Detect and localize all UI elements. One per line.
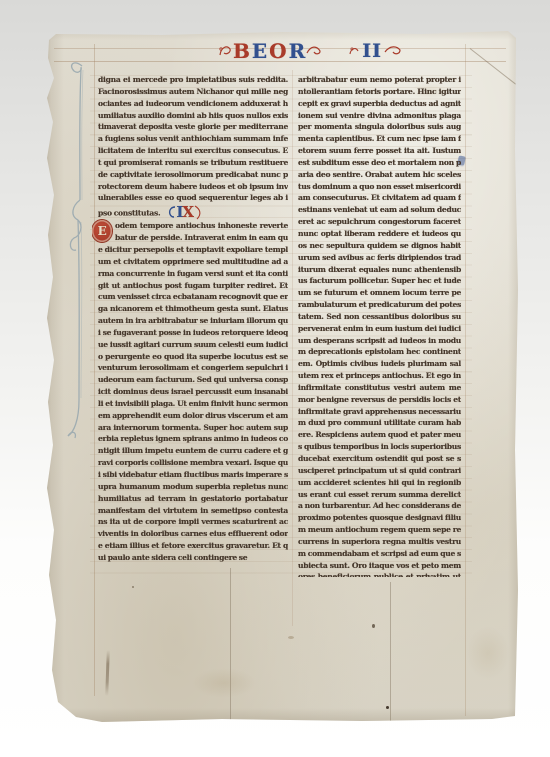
header-letter: O [269, 38, 286, 64]
initial-letter: E [98, 225, 107, 237]
chapter-numeral-x: X [182, 205, 193, 219]
stain-scratch [105, 650, 110, 696]
stain-spot [288, 636, 294, 639]
header-letter: B [233, 38, 250, 64]
body-text: odem tempore antiochus inhoneste reverte… [98, 221, 288, 562]
body-text: digna ei mercede pro impietatibus suis r… [98, 75, 288, 218]
paragraph: arbitrabatur eum nemo poterat propter in… [298, 74, 461, 577]
chapter-numeral: IX [167, 204, 203, 220]
paragraph: Eodem tempore antiochus inhoneste revert… [98, 220, 288, 563]
body-text: arbitrabatur eum nemo poterat propter in… [298, 75, 461, 577]
photo-background: B E O R II [0, 0, 550, 757]
header-book-number: II [362, 40, 382, 62]
column-ruling-line [465, 44, 466, 716]
vellum-crease [390, 582, 391, 722]
paraph-mark-icon [167, 205, 176, 220]
column-ruling-line [292, 70, 293, 626]
header-letter: E [252, 38, 267, 64]
running-header: B E O R II [218, 37, 402, 65]
stain-smudge [466, 626, 510, 680]
stain-spot [386, 706, 389, 709]
pen-flourish-icon [384, 43, 402, 59]
stain-spot [372, 624, 375, 628]
manuscript-leaf: B E O R II [42, 30, 518, 722]
pen-flourish-icon [218, 43, 232, 59]
vellum-crease-diagonal [470, 48, 516, 84]
text-column-left: digna ei mercede pro impietatibus suis r… [92, 74, 288, 577]
text-column-right: arbitrabatur eum nemo poterat propter in… [298, 74, 461, 577]
pen-flourish-icon [306, 43, 322, 59]
header-letter: R [289, 38, 306, 64]
marginal-flourish-icon [66, 58, 92, 443]
stain-spot [132, 586, 134, 588]
stain-smudge [192, 668, 256, 698]
pen-flourish-icon [194, 204, 204, 220]
illuminated-initial: E [92, 220, 112, 242]
pen-flourish-icon [348, 44, 360, 58]
paragraph: digna ei mercede pro impietatibus suis r… [98, 74, 288, 220]
